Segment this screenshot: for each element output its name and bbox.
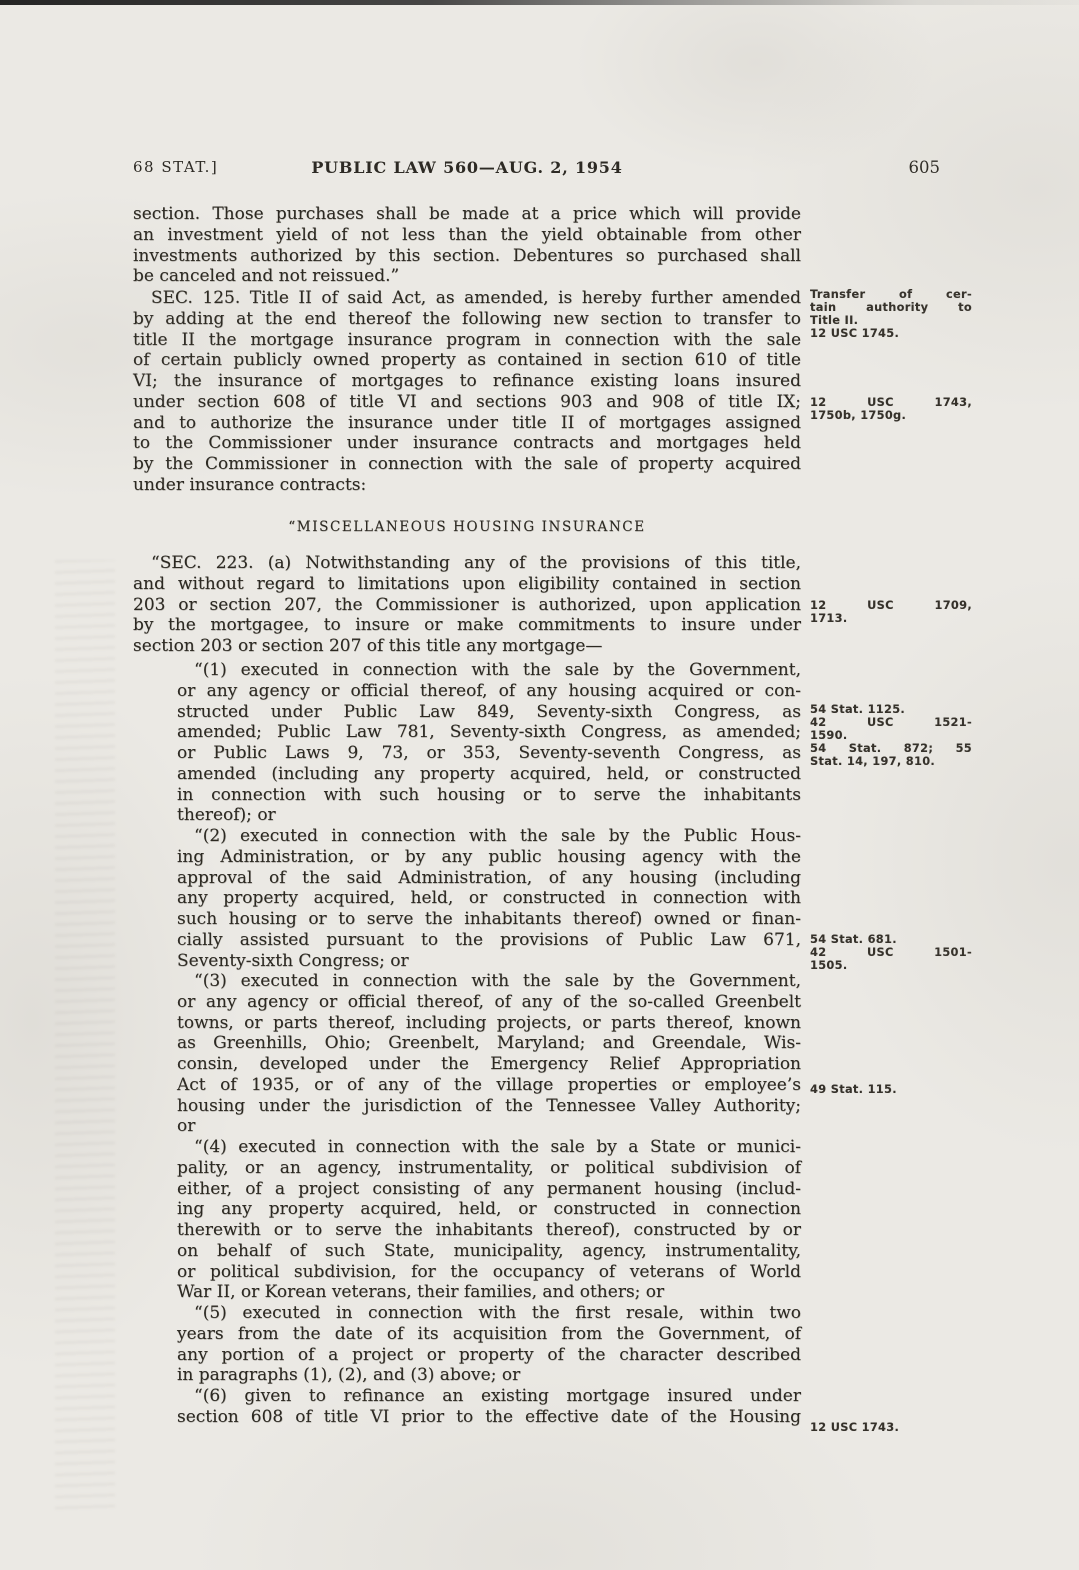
text-line: under insurance contracts: bbox=[133, 475, 801, 496]
text-line: “(5) executed in connection with the fir… bbox=[133, 1303, 801, 1324]
note-12-usc-1743: 12 USC 1743. bbox=[810, 1421, 972, 1434]
text-line: amended; Public Law 781, Seventy-sixth C… bbox=[133, 722, 801, 743]
text-line: “(4) executed in connection with the sal… bbox=[133, 1137, 801, 1158]
list-item-5: “(5) executed in connection with the fir… bbox=[133, 1303, 801, 1386]
text-line: VI; the insurance of mortgages to refina… bbox=[133, 371, 801, 392]
text-line: in paragraphs (1), (2), and (3) above; o… bbox=[133, 1365, 801, 1386]
scan-noise bbox=[55, 560, 115, 1510]
text-line: 1505. bbox=[810, 959, 972, 972]
text-line: cially assisted pursuant to the provisio… bbox=[133, 930, 801, 951]
text-line: “MISCELLANEOUS HOUSING INSURANCE bbox=[133, 517, 801, 538]
note-54-stat-681: 54 Stat. 681.42 USC 1501-1505. bbox=[810, 933, 972, 972]
text-line: SEC. 125. Title II of said Act, as amend… bbox=[133, 288, 801, 309]
text-line: 203 or section 207, the Commissioner is … bbox=[133, 595, 801, 616]
text-line: “SEC. 223. (a) Notwithstanding any of th… bbox=[133, 553, 801, 574]
text-line: in connection with such housing or to se… bbox=[133, 785, 801, 806]
text-line: consin, developed under the Emergency Re… bbox=[133, 1054, 801, 1075]
text-line: or bbox=[133, 1116, 801, 1137]
text-line: thereof); or bbox=[133, 805, 801, 826]
note-54-stat-872: 54 Stat. 872; 55Stat. 14, 197, 810. bbox=[810, 742, 972, 768]
list-item-1: “(1) executed in connection with the sal… bbox=[133, 660, 801, 826]
text-line: either, of a project consisting of any p… bbox=[133, 1179, 801, 1200]
text-line: Act of 1935, or of any of the village pr… bbox=[133, 1075, 801, 1096]
para-sec-223: “SEC. 223. (a) Notwithstanding any of th… bbox=[133, 553, 801, 657]
text-line: 54 Stat. 872; 55 bbox=[810, 742, 972, 755]
text-line: Title II. bbox=[810, 314, 972, 327]
text-line: such housing or to serve the inhabitants… bbox=[133, 909, 801, 930]
text-line: ing Administration, or by any public hou… bbox=[133, 847, 801, 868]
text-line: by the Commissioner in connection with t… bbox=[133, 454, 801, 475]
text-line: “(1) executed in connection with the sal… bbox=[133, 660, 801, 681]
text-line: 1590. bbox=[810, 729, 972, 742]
para-sec-125: SEC. 125. Title II of said Act, as amend… bbox=[133, 288, 801, 496]
text-line: as Greenhills, Ohio; Greenbelt, Maryland… bbox=[133, 1033, 801, 1054]
text-line: “(2) executed in connection with the sal… bbox=[133, 826, 801, 847]
text-line: and without regard to limitations upon e… bbox=[133, 574, 801, 595]
text-line: 54 Stat. 1125. bbox=[810, 703, 972, 716]
list-item-2: “(2) executed in connection with the sal… bbox=[133, 826, 801, 971]
text-line: “(3) executed in connection with the sal… bbox=[133, 971, 801, 992]
text-line: title II the mortgage insurance program … bbox=[133, 330, 801, 351]
text-line: and to authorize the insurance under tit… bbox=[133, 413, 801, 434]
text-line: 12 USC 1743, bbox=[810, 396, 972, 409]
text-line: 42 USC 1521- bbox=[810, 716, 972, 729]
text-line: any portion of a project or property of … bbox=[133, 1345, 801, 1366]
text-line: amended (including any property acquired… bbox=[133, 764, 801, 785]
text-line: tain authority to bbox=[810, 301, 972, 314]
text-line: by the mortgagee, to insure or make comm… bbox=[133, 615, 801, 636]
note-54-stat-1125: 54 Stat. 1125.42 USC 1521-1590. bbox=[810, 703, 972, 742]
text-line: under section 608 of title VI and sectio… bbox=[133, 392, 801, 413]
text-line: section 608 of title VI prior to the eff… bbox=[133, 1407, 801, 1428]
text-line: Transfer of cer- bbox=[810, 288, 972, 301]
text-line: Stat. 14, 197, 810. bbox=[810, 755, 972, 768]
statute-page: 68 STAT.] PUBLIC LAW 560—AUG. 2, 1954 60… bbox=[0, 0, 1079, 1570]
text-line: or political subdivision, for the occupa… bbox=[133, 1262, 801, 1283]
heading-miscellaneous-housing-insurance: “MISCELLANEOUS HOUSING INSURANCE bbox=[133, 517, 801, 538]
text-line: section. Those purchases shall be made a… bbox=[133, 204, 801, 225]
note-12-usc-1709-1713: 12 USC 1709,1713. bbox=[810, 599, 972, 625]
text-line: 1750b, 1750g. bbox=[810, 409, 972, 422]
text-line: ing any property acquired, held, or cons… bbox=[133, 1199, 801, 1220]
para-section-continuation: section. Those purchases shall be made a… bbox=[133, 204, 801, 287]
list-item-4: “(4) executed in connection with the sal… bbox=[133, 1137, 801, 1303]
text-line: on behalf of such State, municipality, a… bbox=[133, 1241, 801, 1262]
text-line: years from the date of its acquisition f… bbox=[133, 1324, 801, 1345]
text-line: 54 Stat. 681. bbox=[810, 933, 972, 946]
text-line: be canceled and not reissued.” bbox=[133, 266, 801, 287]
text-line: 12 USC 1745. bbox=[810, 327, 972, 340]
note-12-usc-1743-1750: 12 USC 1743,1750b, 1750g. bbox=[810, 396, 972, 422]
text-line: or any agency or official thereof, of an… bbox=[133, 992, 801, 1013]
text-line: towns, or parts thereof, including proje… bbox=[133, 1013, 801, 1034]
text-line: by adding at the end thereof the followi… bbox=[133, 309, 801, 330]
text-line: pality, or an agency, instrumentality, o… bbox=[133, 1158, 801, 1179]
text-line: 12 USC 1709, bbox=[810, 599, 972, 612]
text-line: section 203 or section 207 of this title… bbox=[133, 636, 801, 657]
text-line: 1713. bbox=[810, 612, 972, 625]
text-line: 12 USC 1743. bbox=[810, 1421, 972, 1434]
text-line: or Public Laws 9, 73, or 353, Seventy-se… bbox=[133, 743, 801, 764]
text-line: or any agency or official thereof, of an… bbox=[133, 681, 801, 702]
list-item-6: “(6) given to refinance an existing mort… bbox=[133, 1386, 801, 1428]
text-line: structed under Public Law 849, Seventy-s… bbox=[133, 702, 801, 723]
body-text-column: section. Those purchases shall be made a… bbox=[133, 0, 801, 1570]
text-line: of certain publicly owned property as co… bbox=[133, 350, 801, 371]
text-line: “(6) given to refinance an existing mort… bbox=[133, 1386, 801, 1407]
text-line: housing under the jurisdiction of the Te… bbox=[133, 1096, 801, 1117]
text-line: War II, or Korean veterans, their famili… bbox=[133, 1282, 801, 1303]
text-line: therewith or to serve the inhabitants th… bbox=[133, 1220, 801, 1241]
note-transfer-authority: Transfer of cer-tain authority toTitle I… bbox=[810, 288, 972, 340]
text-line: to the Commissioner under insurance cont… bbox=[133, 433, 801, 454]
text-line: 49 Stat. 115. bbox=[810, 1083, 972, 1096]
text-line: investments authorized by this section. … bbox=[133, 246, 801, 267]
text-line: an investment yield of not less than the… bbox=[133, 225, 801, 246]
list-item-3: “(3) executed in connection with the sal… bbox=[133, 971, 801, 1137]
text-line: 42 USC 1501- bbox=[810, 946, 972, 959]
text-line: approval of the said Administration, of … bbox=[133, 868, 801, 889]
note-49-stat-115: 49 Stat. 115. bbox=[810, 1083, 972, 1096]
text-line: any property acquired, held, or construc… bbox=[133, 888, 801, 909]
margin-notes-column: Transfer of cer-tain authority toTitle I… bbox=[810, 0, 972, 1570]
text-line: Seventy-sixth Congress; or bbox=[133, 951, 801, 972]
